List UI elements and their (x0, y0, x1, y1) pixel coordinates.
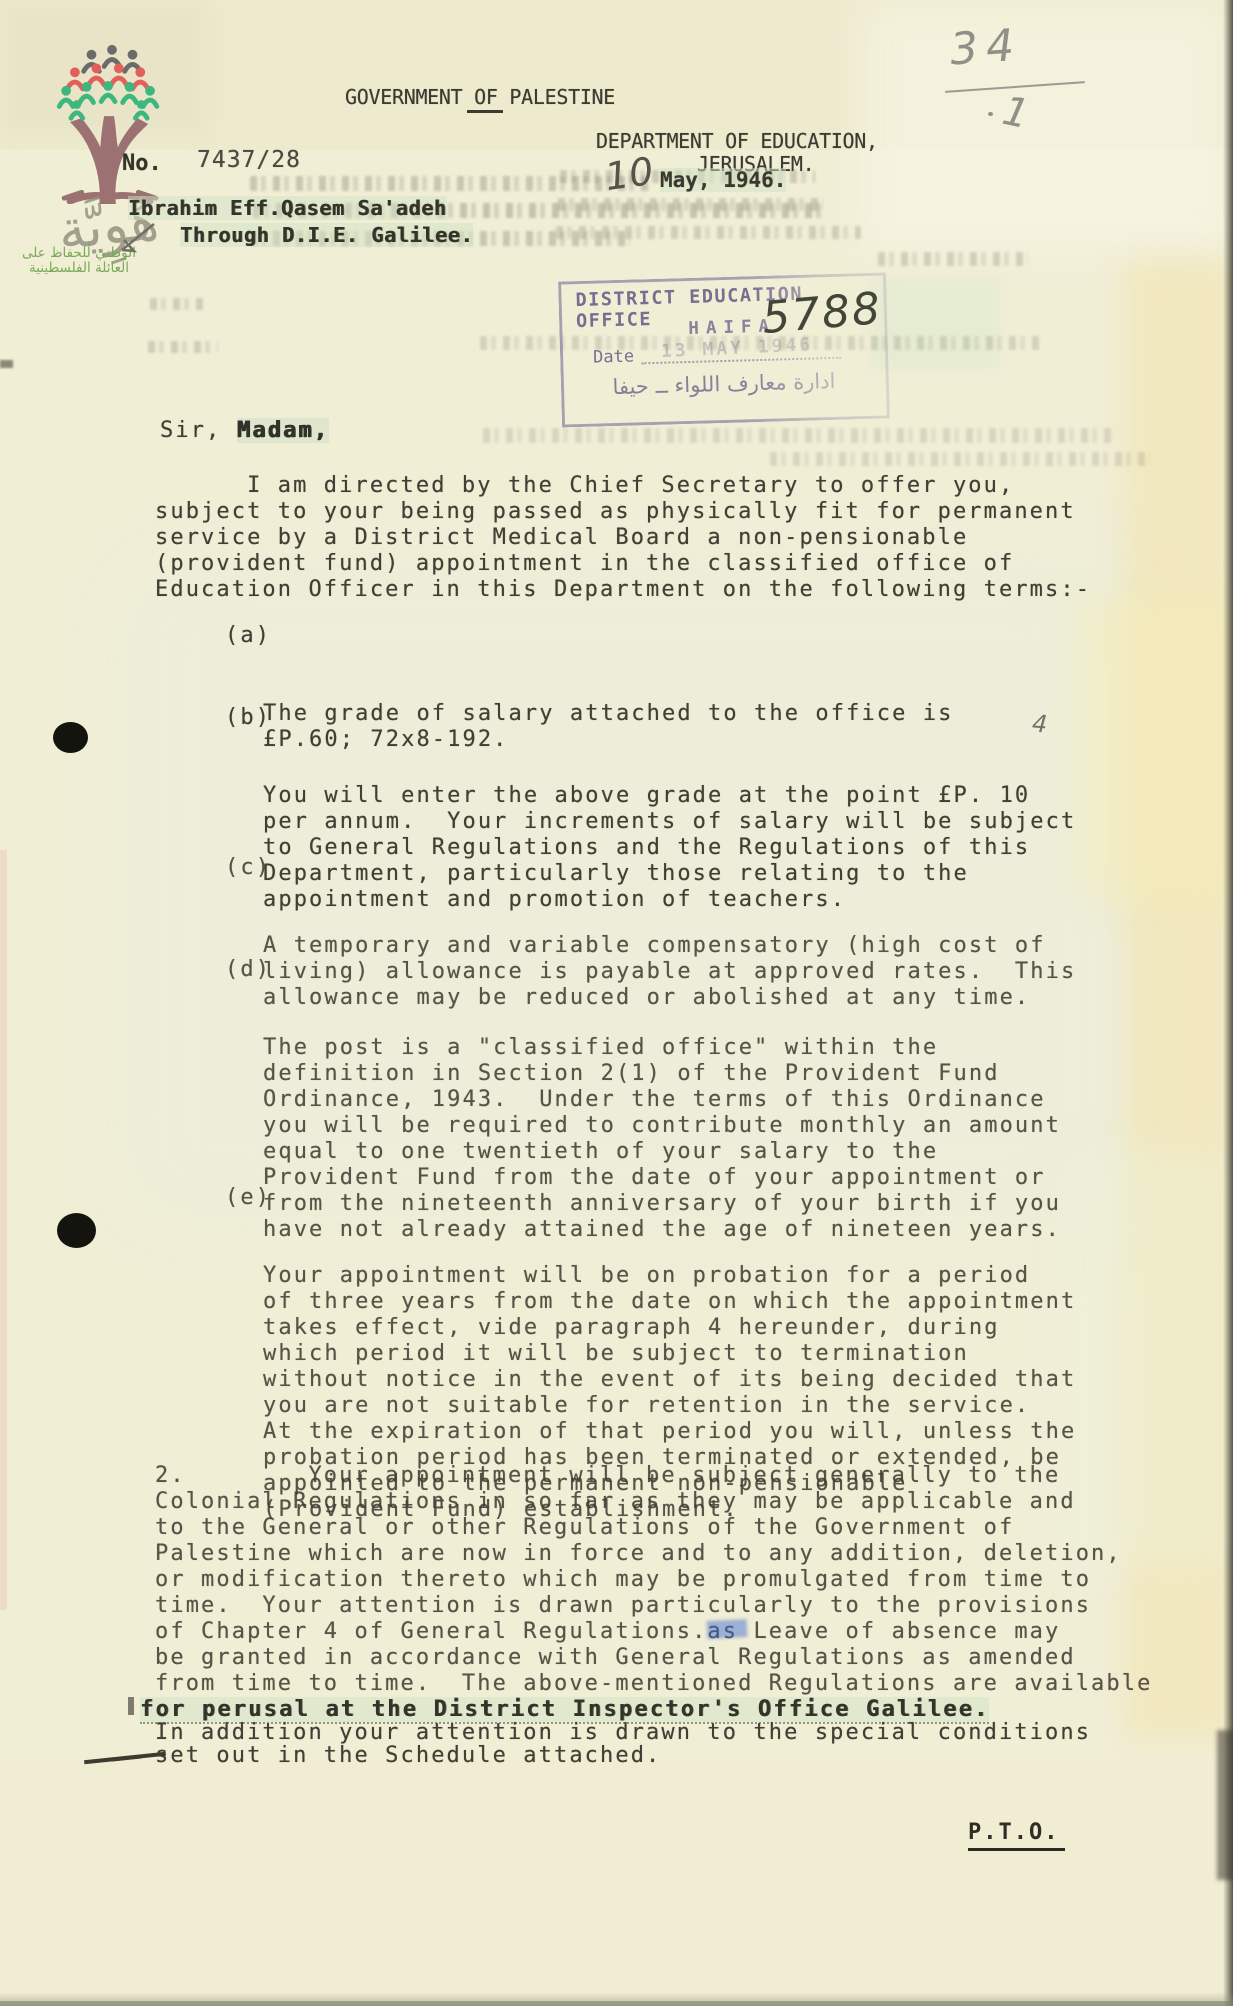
salutation: Sir, Madam, (160, 418, 329, 444)
paper-tint (0, 1760, 1233, 2006)
stamp-date-label: Date (593, 347, 634, 368)
opening-paragraph: I am directed by the Chief Secretary to … (155, 473, 1091, 603)
scan-edge (1217, 1730, 1233, 1880)
ref-label: No. (122, 151, 162, 176)
addressee-via: Through D.I.E. Galilee. (180, 223, 473, 247)
scan-edge (0, 1992, 1233, 2006)
addressee-name: Ibrahim Eff.Qasem Sa'adeh (128, 196, 447, 220)
term-label: (d) (225, 957, 271, 983)
scan-edge (0, 360, 13, 368)
paper-tint (870, 280, 1000, 370)
hole-punch-mark (53, 722, 88, 753)
overstrike-artifact (128, 1697, 134, 1715)
bleed-through-artifact (878, 252, 1028, 266)
salutation-sir: Sir, (160, 418, 221, 443)
term-label: (b) (225, 705, 271, 731)
bleed-through-artifact (148, 341, 218, 353)
date-text: May, 1946. (660, 168, 786, 192)
scan-edge (0, 850, 7, 1610)
archive-subnumber-handwritten: 1 (998, 88, 1032, 138)
term-label: (c) (225, 855, 271, 881)
hole-punch-mark (57, 1213, 96, 1248)
government-title: GOVERNMENT OF PALESTINE (345, 85, 615, 109)
blue-strike-mark (707, 1619, 748, 1639)
scan-edge (1223, 0, 1233, 2006)
perusal-line: for perusal at the District Inspector's … (140, 1697, 989, 1722)
closing-paragraph: In addition your attention is drawn to t… (155, 1721, 1091, 1767)
term-label: (a) (225, 623, 271, 649)
salary-point-handwritten: 4 (1031, 710, 1048, 739)
ref-number: 7437/28 (197, 147, 301, 173)
watermark-caption-line2: العائلة الفلسطينية (16, 261, 142, 276)
bleed-through-artifact (558, 198, 823, 211)
bleed-through-artifact (556, 226, 861, 239)
term-label: (e) (225, 1185, 271, 1211)
paper-tint (0, 0, 1233, 150)
scanned-letter-page: هُوِيَّة الوطني للحفاظ على العائلة الفلس… (0, 0, 1233, 2006)
title-underline (467, 110, 503, 113)
paper-tint (860, 0, 1233, 250)
bleed-through-artifact (150, 298, 205, 310)
pto-mark: P.T.O. (968, 1820, 1065, 1851)
bleed-through-artifact (770, 452, 1150, 466)
scan-edge (0, 2001, 1233, 2006)
pencil-arrow-mark (110, 220, 158, 258)
pencil-dot (988, 112, 993, 116)
stamp-arabic-line: ادارة معارف اللواء ــ حيفا (604, 369, 845, 400)
bleed-through-artifact (483, 428, 1113, 443)
archive-number-handwritten: 34 (948, 20, 1023, 76)
stamp-number-handwritten: 5788 (760, 283, 884, 344)
paragraph-2: 2. Your appointment will be subject gene… (155, 1463, 1152, 1697)
salutation-madam: Madam, (237, 418, 329, 443)
watermark-logo (52, 42, 170, 208)
handwritten-day: 10 (602, 149, 656, 199)
tree-icon (52, 42, 170, 204)
paper-tint (1080, 600, 1233, 900)
